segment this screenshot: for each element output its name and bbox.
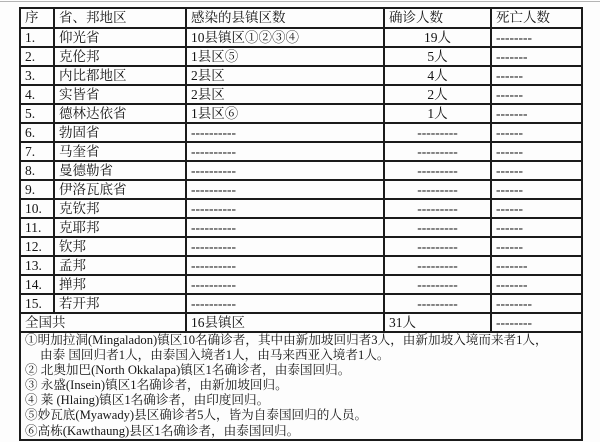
col-header-infected: 感染的县镇区数 — [186, 8, 384, 28]
table-row: 2. 克伦邦 1县区⑤ 5人 ------- — [20, 47, 582, 66]
cell-region: 若开邦 — [54, 294, 186, 313]
cell-no: 11. — [20, 218, 54, 237]
scan-artifact-line — [0, 1, 600, 2]
cell-region: 德林达依省 — [54, 104, 186, 123]
cell-no: 15. — [20, 294, 54, 313]
cell-deaths: ------ — [491, 199, 582, 218]
cell-deaths: ------- — [491, 275, 582, 294]
cell-confirmed: --------- — [384, 256, 491, 275]
cell-no: 9. — [20, 180, 54, 199]
cell-deaths: ------ — [491, 218, 582, 237]
cell-no: 8. — [20, 161, 54, 180]
cell-confirmed: --------- — [384, 123, 491, 142]
cell-confirmed: 4人 — [384, 66, 491, 85]
cell-deaths: ------ — [491, 123, 582, 142]
cell-infected: ---------- — [186, 237, 384, 256]
cell-no: 10. — [20, 199, 54, 218]
cell-confirmed: --------- — [384, 180, 491, 199]
cell-region: 孟邦 — [54, 256, 186, 275]
cell-region: 仰光省 — [54, 28, 186, 47]
cell-no: 4. — [20, 85, 54, 104]
cell-confirmed: --------- — [384, 237, 491, 256]
cell-region: 克伦邦 — [54, 47, 186, 66]
cell-infected: ---------- — [186, 123, 384, 142]
cell-no: 13. — [20, 256, 54, 275]
table-row: 12. 钦邦 ---------- --------- ------ — [20, 237, 582, 256]
footnote-1-line-2: 由泰 国回归者1人，由泰国入境者1人，由马来西亚入境者1人。 — [25, 348, 577, 363]
cell-infected: ---------- — [186, 218, 384, 237]
cell-confirmed: 2人 — [384, 85, 491, 104]
cell-confirmed: 1人 — [384, 104, 491, 123]
cell-confirmed: --------- — [384, 275, 491, 294]
cell-confirmed: --------- — [384, 294, 491, 313]
col-header-deaths: 死亡人数 — [491, 8, 582, 28]
cell-infected: ---------- — [186, 275, 384, 294]
cell-deaths: -------- — [491, 28, 582, 47]
table-row: 1. 仰光省 10县镇区①②③④ 19人 -------- — [20, 28, 582, 47]
cell-infected: 2县区 — [186, 85, 384, 104]
cell-deaths: ------- — [491, 47, 582, 66]
cell-infected: 10县镇区①②③④ — [186, 28, 384, 47]
cell-deaths: ------ — [491, 161, 582, 180]
table-row: 8. 曼德勒省 ---------- --------- ------ — [20, 161, 582, 180]
cell-no: 3. — [20, 66, 54, 85]
cell-infected: 2县区 — [186, 66, 384, 85]
cell-no: 2. — [20, 47, 54, 66]
cell-confirmed: 5人 — [384, 47, 491, 66]
cell-no: 14. — [20, 275, 54, 294]
cell-confirmed: --------- — [384, 142, 491, 161]
cell-infected: ---------- — [186, 142, 384, 161]
footnotes-box: ①明加拉洞(Mingaladon)镇区10名确诊者，其中由新加坡回归者3人，由新… — [20, 332, 582, 440]
table-row: 14. 掸邦 ---------- --------- ------- — [20, 275, 582, 294]
cell-region: 曼德勒省 — [54, 161, 186, 180]
cell-infected: ---------- — [186, 294, 384, 313]
cell-no: 5. — [20, 104, 54, 123]
total-infected: 16县镇区 — [186, 313, 384, 332]
cell-deaths: ------ — [491, 85, 582, 104]
col-header-no: 序 — [20, 8, 54, 28]
table-row: 15. 若开邦 ---------- --------- -------- — [20, 294, 582, 313]
document-page: 序 省、邦地区 感染的县镇区数 确诊人数 死亡人数 1. 仰光省 10县镇区①②… — [19, 7, 583, 441]
total-deaths: -------- — [491, 313, 582, 332]
infection-table: 序 省、邦地区 感染的县镇区数 确诊人数 死亡人数 1. 仰光省 10县镇区①②… — [19, 7, 583, 441]
cell-region: 内比都地区 — [54, 66, 186, 85]
table-row: 6. 勃固省 ---------- --------- ------ — [20, 123, 582, 142]
table-row: 3. 内比都地区 2县区 4人 ------ — [20, 66, 582, 85]
table-header-row: 序 省、邦地区 感染的县镇区数 确诊人数 死亡人数 — [20, 8, 582, 28]
cell-no: 6. — [20, 123, 54, 142]
total-confirmed: 31人 — [384, 313, 491, 332]
cell-no: 1. — [20, 28, 54, 47]
cell-deaths: ------ — [491, 180, 582, 199]
cell-region: 克耶邦 — [54, 218, 186, 237]
total-label: 全国共 — [20, 313, 186, 332]
cell-confirmed: --------- — [384, 199, 491, 218]
cell-infected: 1县区⑥ — [186, 104, 384, 123]
cell-region: 马奎省 — [54, 142, 186, 161]
cell-infected: ---------- — [186, 180, 384, 199]
cell-deaths: ------ — [491, 66, 582, 85]
cell-deaths: ------- — [491, 104, 582, 123]
col-header-region: 省、邦地区 — [54, 8, 186, 28]
footnote-2: ② 北奥加巴(North Okkalapa)镇区1名确诊者，由泰国回归。 — [25, 363, 577, 378]
cell-region: 伊洛瓦底省 — [54, 180, 186, 199]
table-row: 4. 实皆省 2县区 2人 ------ — [20, 85, 582, 104]
footnote-1-line-1: ①明加拉洞(Mingaladon)镇区10名确诊者，其中由新加坡回归者3人，由新… — [25, 333, 577, 348]
table-row: 11. 克耶邦 ---------- --------- ------ — [20, 218, 582, 237]
table-row: 13. 孟邦 ---------- --------- ------- — [20, 256, 582, 275]
cell-deaths: ------- — [491, 256, 582, 275]
table-row: 10. 克钦邦 ---------- --------- ------ — [20, 199, 582, 218]
cell-region: 克钦邦 — [54, 199, 186, 218]
cell-deaths: -------- — [491, 294, 582, 313]
cell-deaths: ------ — [491, 142, 582, 161]
footnote-6: ⑥高栋(Kawthaung)县区1名确诊者，由泰国回归。 — [25, 424, 577, 439]
cell-region: 实皆省 — [54, 85, 186, 104]
cell-no: 12. — [20, 237, 54, 256]
table-row: 5. 德林达依省 1县区⑥ 1人 ------- — [20, 104, 582, 123]
cell-infected: ---------- — [186, 256, 384, 275]
cell-region: 勃固省 — [54, 123, 186, 142]
table-total-row: 全国共 16县镇区 31人 -------- — [20, 313, 582, 332]
cell-no: 7. — [20, 142, 54, 161]
footnote-3: ③ 永盛(Insein)镇区1名确诊者，由新加坡回归。 — [25, 378, 577, 393]
cell-region: 掸邦 — [54, 275, 186, 294]
footnotes-row: ①明加拉洞(Mingaladon)镇区10名确诊者，其中由新加坡回归者3人，由新… — [20, 332, 582, 440]
cell-infected: ---------- — [186, 199, 384, 218]
table-row: 7. 马奎省 ---------- --------- ------ — [20, 142, 582, 161]
cell-confirmed: --------- — [384, 161, 491, 180]
cell-infected: 1县区⑤ — [186, 47, 384, 66]
cell-region: 钦邦 — [54, 237, 186, 256]
cell-confirmed: 19人 — [384, 28, 491, 47]
cell-infected: ---------- — [186, 161, 384, 180]
cell-confirmed: --------- — [384, 218, 491, 237]
footnote-5: ⑤妙瓦底(Myawady)县区确诊者5人，皆为自泰国回归的人员。 — [25, 408, 577, 423]
cell-deaths: ------ — [491, 237, 582, 256]
col-header-confirmed: 确诊人数 — [384, 8, 491, 28]
table-row: 9. 伊洛瓦底省 ---------- --------- ------ — [20, 180, 582, 199]
footnote-4: ④ 莱 (Hlaing)镇区1名确诊者，由印度回归。 — [25, 393, 577, 408]
